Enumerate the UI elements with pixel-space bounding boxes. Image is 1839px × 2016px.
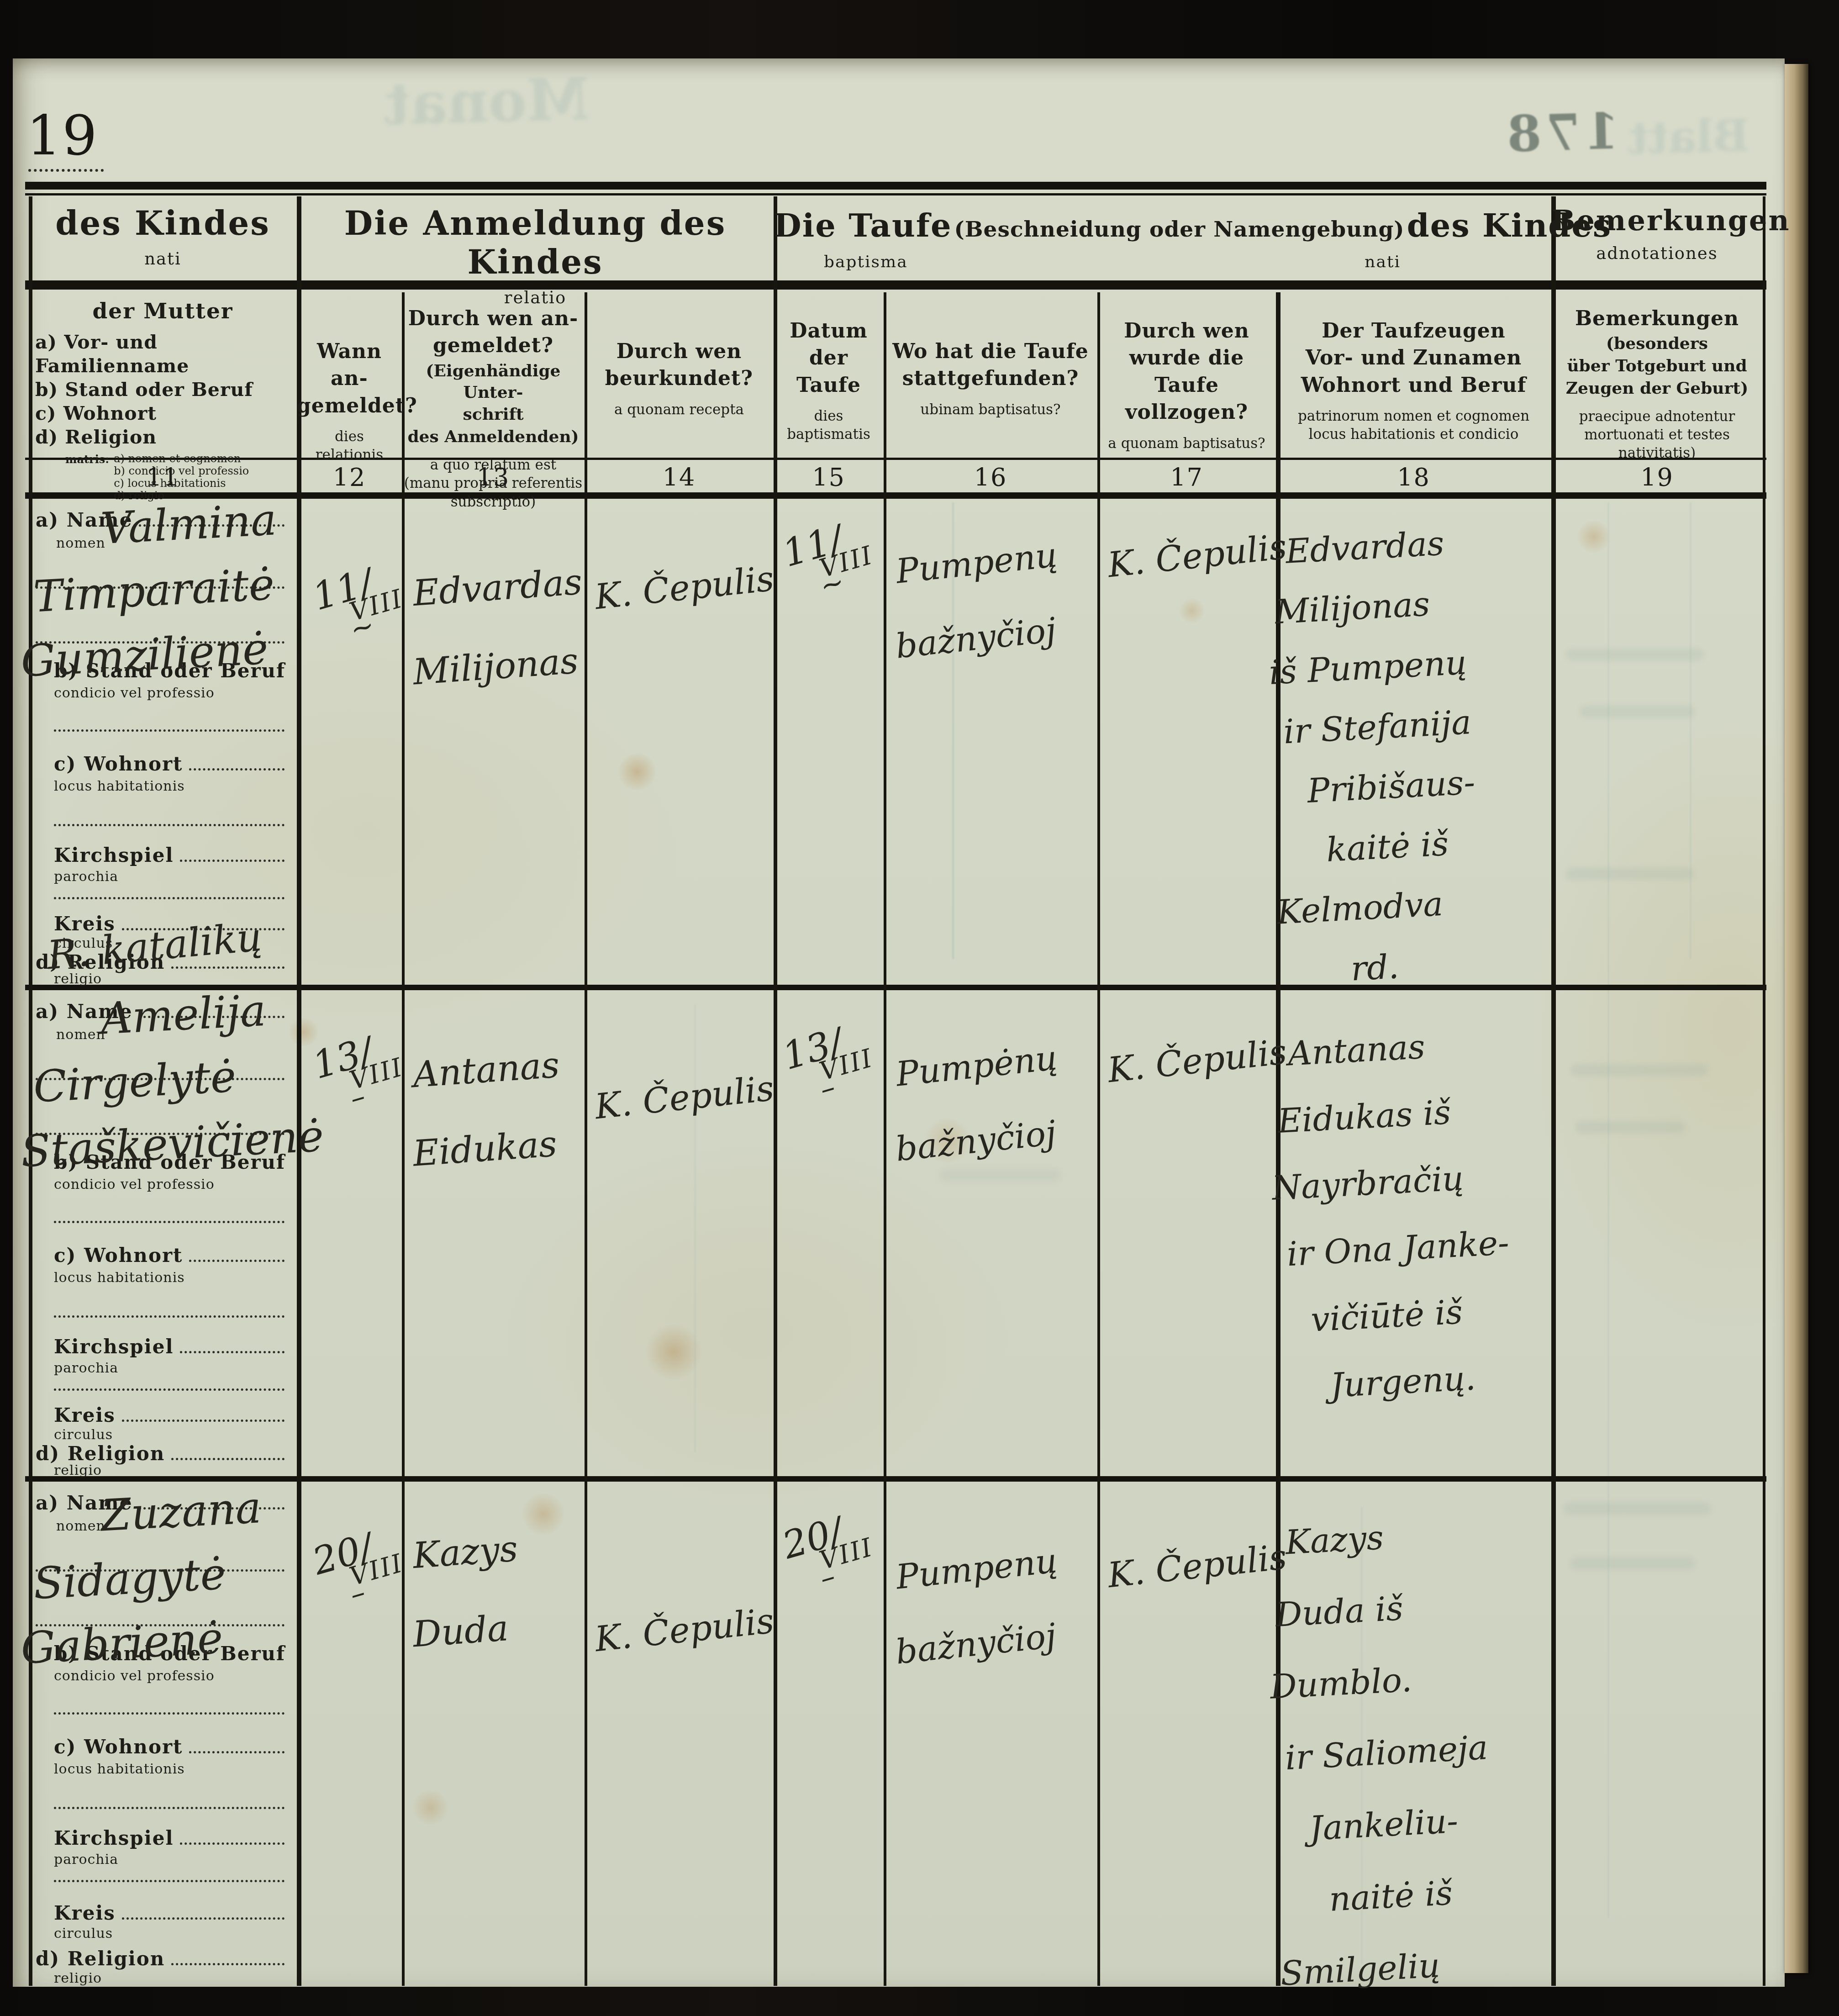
taufe-datum-cell: 13/VIII–	[774, 990, 884, 1476]
beurkundet-durch-cell: K. Čepulis	[585, 990, 774, 1476]
header-la: diesrelationis	[297, 427, 402, 464]
column-header-18: Der TaufzeugenVor- und ZunamenWohnort un…	[1276, 292, 1551, 458]
page-number: 19	[26, 104, 98, 168]
baptizer-entry: K. Čepulis	[1106, 526, 1289, 586]
dotted-rule	[180, 1827, 285, 1845]
angemeldet-datum-cell: 11/VIII~	[297, 499, 402, 985]
taufe-durch-cell: K. Čepulis	[1097, 499, 1276, 985]
dotted-rule	[171, 1442, 285, 1460]
group-title: Die Taufe (Beschneidung oder Namengebung…	[774, 206, 1551, 244]
column-number-12: 12	[297, 459, 402, 496]
dotted-rule	[54, 1388, 285, 1391]
baptizer-entry: K. Čepulis	[1106, 1536, 1289, 1596]
mother-label-cell: a) Name nomen b) Stand oder Beruf condic…	[29, 1482, 297, 1986]
reporter-entry: EdvardasMilijonas	[410, 543, 590, 711]
header-de: Durch wen an-gemeldet?	[402, 305, 585, 359]
taufe-ort-cell: Pumpėnųbažnyčioj	[884, 990, 1097, 1476]
column-header-17: Durch wenwurde die Taufevollzogen? a quo…	[1097, 292, 1276, 458]
taufzeugen-cell: KazysDuda išDumblo.ir SaliomejaJankeliu-…	[1276, 1482, 1551, 1986]
dotted-rule	[54, 1880, 285, 1882]
dotted-rule	[180, 1335, 285, 1353]
church-entry: Pumpenųbažnyčioj	[892, 1524, 1069, 1689]
label-kirchspiel: Kirchspiel	[54, 1335, 174, 1358]
taufzeugen-cell: AntanasEidukas išNayrbračiųir Ona Janke-…	[1276, 990, 1551, 1476]
mother-name-entry: AmelijaCirgelytėStaškevičienė	[31, 976, 325, 1183]
angemeldet-durch-cell: KazysDuda	[402, 1482, 585, 1986]
label-wohnort: c) Wohnort	[54, 1736, 183, 1758]
bemerkungen-cell	[1551, 1482, 1763, 1986]
book-page-edges	[1785, 64, 1808, 1973]
rule	[1763, 196, 1765, 1986]
taufe-durch-cell: K. Čepulis	[1097, 1482, 1276, 1986]
angemeldet-datum-cell: 20/VIII–	[297, 1482, 402, 1986]
angemeldet-date-entry: 13/VIII–	[309, 1025, 411, 1120]
mother-label-cell: a) Name nomen b) Stand oder Beruf condic…	[29, 499, 297, 985]
godparents-entry: EdvardasMilijonasiš Pumpenųir StefanijaP…	[1284, 513, 1486, 1002]
clerk-entry: K. Čepulis	[593, 1600, 776, 1660]
column-header-11: der Mutter a) Vor- und Familiennameb) St…	[29, 292, 297, 458]
dotted-rule	[171, 1947, 285, 1965]
dotted-rule	[54, 1315, 285, 1318]
taufe-datum-cell: 20/VIII–	[774, 1482, 884, 1986]
label-kirchspiel-latin: parochia	[54, 869, 118, 885]
rule	[25, 1476, 1766, 1482]
dotted-rule	[122, 1404, 285, 1422]
group-title: des Kindes	[29, 204, 297, 243]
column-header-14: Durch wenbeurkundet? a quonam recepta	[585, 292, 774, 458]
header-la: praecipue adnotenturmortuonati et testes…	[1551, 407, 1763, 463]
label-kirchspiel: Kirchspiel	[54, 1827, 174, 1849]
taufe-date-entry: 13/VIII–	[779, 1016, 881, 1111]
label-wohnort: c) Wohnort	[54, 1244, 183, 1267]
label-religion-latin: religio	[54, 1462, 102, 1478]
label-wohnort: c) Wohnort	[54, 753, 183, 775]
godparents-entry: AntanasEidukas išNayrbračiųir Ona Janke-…	[1286, 1010, 1518, 1421]
angemeldet-durch-cell: AntanasEidukas	[402, 990, 585, 1476]
taufzeugen-cell: EdvardasMilijonasiš Pumpenųir StefanijaP…	[1276, 499, 1551, 985]
dotted-rule	[54, 1807, 285, 1809]
header-la: a quonam baptisatus?	[1097, 434, 1276, 453]
dotted-rule	[189, 1736, 285, 1753]
header-mid: (besondersüber Totgeburt undZeugen der G…	[1551, 333, 1763, 399]
group-subtitle-baptisma: baptisma	[824, 253, 908, 271]
group-header-taufe: Die Taufe (Beschneidung oder Namengebung…	[774, 196, 1551, 280]
label-kreis: Kreis	[54, 1404, 116, 1426]
mother-name-entry: ZuzanaSidagytėGabrienė	[31, 1476, 269, 1680]
angemeldet-durch-cell: EdvardasMilijonas	[402, 499, 585, 985]
dotted-rule	[122, 1902, 285, 1920]
rule	[25, 182, 1766, 190]
column-header-19: Bemerkungen (besondersüber Totgeburt und…	[1551, 292, 1763, 458]
label-kreis: Kreis	[54, 1902, 116, 1924]
bemerkungen-cell	[1551, 499, 1763, 985]
header-de: Wannan-gemeldet?	[297, 338, 402, 419]
dotted-rule	[54, 1221, 285, 1223]
dotted-rule	[54, 824, 285, 826]
bemerkungen-cell	[1551, 990, 1763, 1476]
label-wohnort-latin: locus habitationis	[54, 778, 185, 794]
column-header-13: Durch wen an-gemeldet? (Eigenhändige Unt…	[402, 292, 585, 458]
column-items-de: a) Vor- und Familiennameb) Stand oder Be…	[35, 330, 297, 449]
church-entry: Pumpenųbažnyčioj	[892, 518, 1069, 683]
column-header-16: Wo hat die Taufestattgefunden? ubinam ba…	[884, 292, 1097, 458]
group-header-des-kindes: des Kindes nati	[29, 196, 297, 280]
baptizer-entry: K. Čepulis	[1106, 1031, 1289, 1091]
group-title: Bemerkungen	[1551, 204, 1763, 237]
column-header-15: DatumderTaufe dies baptismatis	[774, 292, 884, 458]
taufe-ort-cell: Pumpenųbažnyčioj	[884, 1482, 1097, 1986]
label-wohnort-latin: locus habitationis	[54, 1761, 185, 1777]
label-kreis-latin: circulus	[54, 1926, 113, 1942]
header-de: Bemerkungen	[1551, 305, 1763, 332]
church-entry: Pumpėnųbažnyčioj	[892, 1021, 1069, 1186]
taufe-ort-cell: Pumpenųbažnyčioj	[884, 499, 1097, 985]
label-kirchspiel-latin: parochia	[54, 1852, 118, 1868]
clerk-entry: K. Čepulis	[593, 558, 776, 617]
taufe-date-entry: 20/VIII–	[779, 1505, 881, 1600]
column-number-18: 18	[1276, 459, 1551, 496]
mother-name-entry: ValminaTimparaitėGumzilienė	[31, 488, 285, 693]
group-subtitle-nati: nati	[1365, 253, 1401, 271]
dotted-rule	[54, 1712, 285, 1715]
header-mid: (Eigenhändige Unter-schriftdes Anmeldend…	[402, 360, 585, 448]
record-row-2: a) Name nomen b) Stand oder Beruf condic…	[29, 990, 1763, 1476]
group-title-part: (Beschneidung oder Namengebung)	[954, 217, 1405, 242]
group-header-anmeldung: Die Anmeldung des Kindes relatio	[297, 196, 774, 280]
page-number-dots	[28, 169, 104, 172]
angemeldet-datum-cell: 13/VIII–	[297, 990, 402, 1476]
taufe-durch-cell: K. Čepulis	[1097, 990, 1276, 1476]
column-header-12: Wannan-gemeldet? diesrelationis	[297, 292, 402, 458]
rule	[25, 280, 1766, 290]
dotted-rule	[180, 844, 285, 862]
column-number-19: 19	[1551, 459, 1763, 496]
header-la: dies baptismatis	[774, 407, 884, 444]
beurkundet-durch-cell: K. Čepulis	[585, 1482, 774, 1986]
header-la: ubinam baptisatus?	[884, 401, 1097, 419]
header-de: Durch wenbeurkundet?	[585, 338, 774, 392]
beurkundet-durch-cell: K. Čepulis	[585, 499, 774, 985]
label-kirchspiel: Kirchspiel	[54, 844, 174, 866]
angemeldet-date-entry: 20/VIII–	[309, 1521, 411, 1616]
godparents-entry: KazysDuda išDumblo.ir SaliomejaJankeliu-…	[1284, 1498, 1501, 2009]
record-row-1: a) Name nomen b) Stand oder Beruf condic…	[29, 499, 1763, 985]
header-de: Durch wenwurde die Taufevollzogen?	[1097, 317, 1276, 426]
dotted-rule	[54, 729, 285, 732]
label-kreis-latin: circulus	[54, 1427, 113, 1443]
mother-label-cell: a) Name nomen b) Stand oder Beruf condic…	[29, 990, 297, 1476]
column-number-17: 17	[1097, 459, 1276, 496]
angemeldet-date-entry: 11/VIII~	[309, 557, 411, 651]
taufe-date-entry: 11/VIII~	[779, 513, 881, 608]
dotted-rule	[54, 897, 285, 899]
group-header-bemerkungen: Bemerkungen adnotationes	[1551, 196, 1763, 280]
header-de: DatumderTaufe	[774, 317, 884, 399]
label-religion: d) Religion	[36, 1947, 165, 1970]
dotted-rule	[189, 753, 285, 771]
label-religion: d) Religion	[36, 1442, 165, 1465]
label-wohnort-latin: locus habitationis	[54, 1270, 185, 1286]
group-subtitle: adnotationes	[1551, 243, 1763, 263]
label-religion-latin: religio	[54, 1970, 102, 1986]
reporter-entry: KazysDuda	[410, 1510, 526, 1673]
column-heading: der Mutter	[29, 299, 297, 324]
taufe-datum-cell: 11/VIII~	[774, 499, 884, 985]
document-scan: { "page": { "number": "19" }, "artifacts…	[0, 0, 1839, 2016]
header-de: Wo hat die Taufestattgefunden?	[884, 338, 1097, 392]
reporter-entry: AntanasEidukas	[410, 1026, 567, 1193]
header-la: patrinorum nomen et cognomenlocus habita…	[1276, 407, 1551, 444]
column-number-15: 15	[774, 459, 884, 496]
record-row-3: a) Name nomen b) Stand oder Beruf condic…	[29, 1482, 1763, 1986]
dotted-rule	[189, 1244, 285, 1262]
group-subtitle: nati	[29, 249, 297, 269]
header-la: a quonam recepta	[585, 401, 774, 419]
column-number-13: 13	[402, 459, 585, 496]
group-title: Die Anmeldung des Kindes	[297, 204, 774, 281]
group-title-part: Die Taufe	[774, 206, 952, 244]
column-number-16: 16	[884, 459, 1097, 496]
column-number-14: 14	[585, 459, 774, 496]
header-de: Der TaufzeugenVor- und ZunamenWohnort un…	[1276, 317, 1551, 399]
clerk-entry: K. Čepulis	[593, 1068, 776, 1127]
label-kirchspiel-latin: parochia	[54, 1360, 118, 1376]
rule	[25, 193, 1766, 195]
